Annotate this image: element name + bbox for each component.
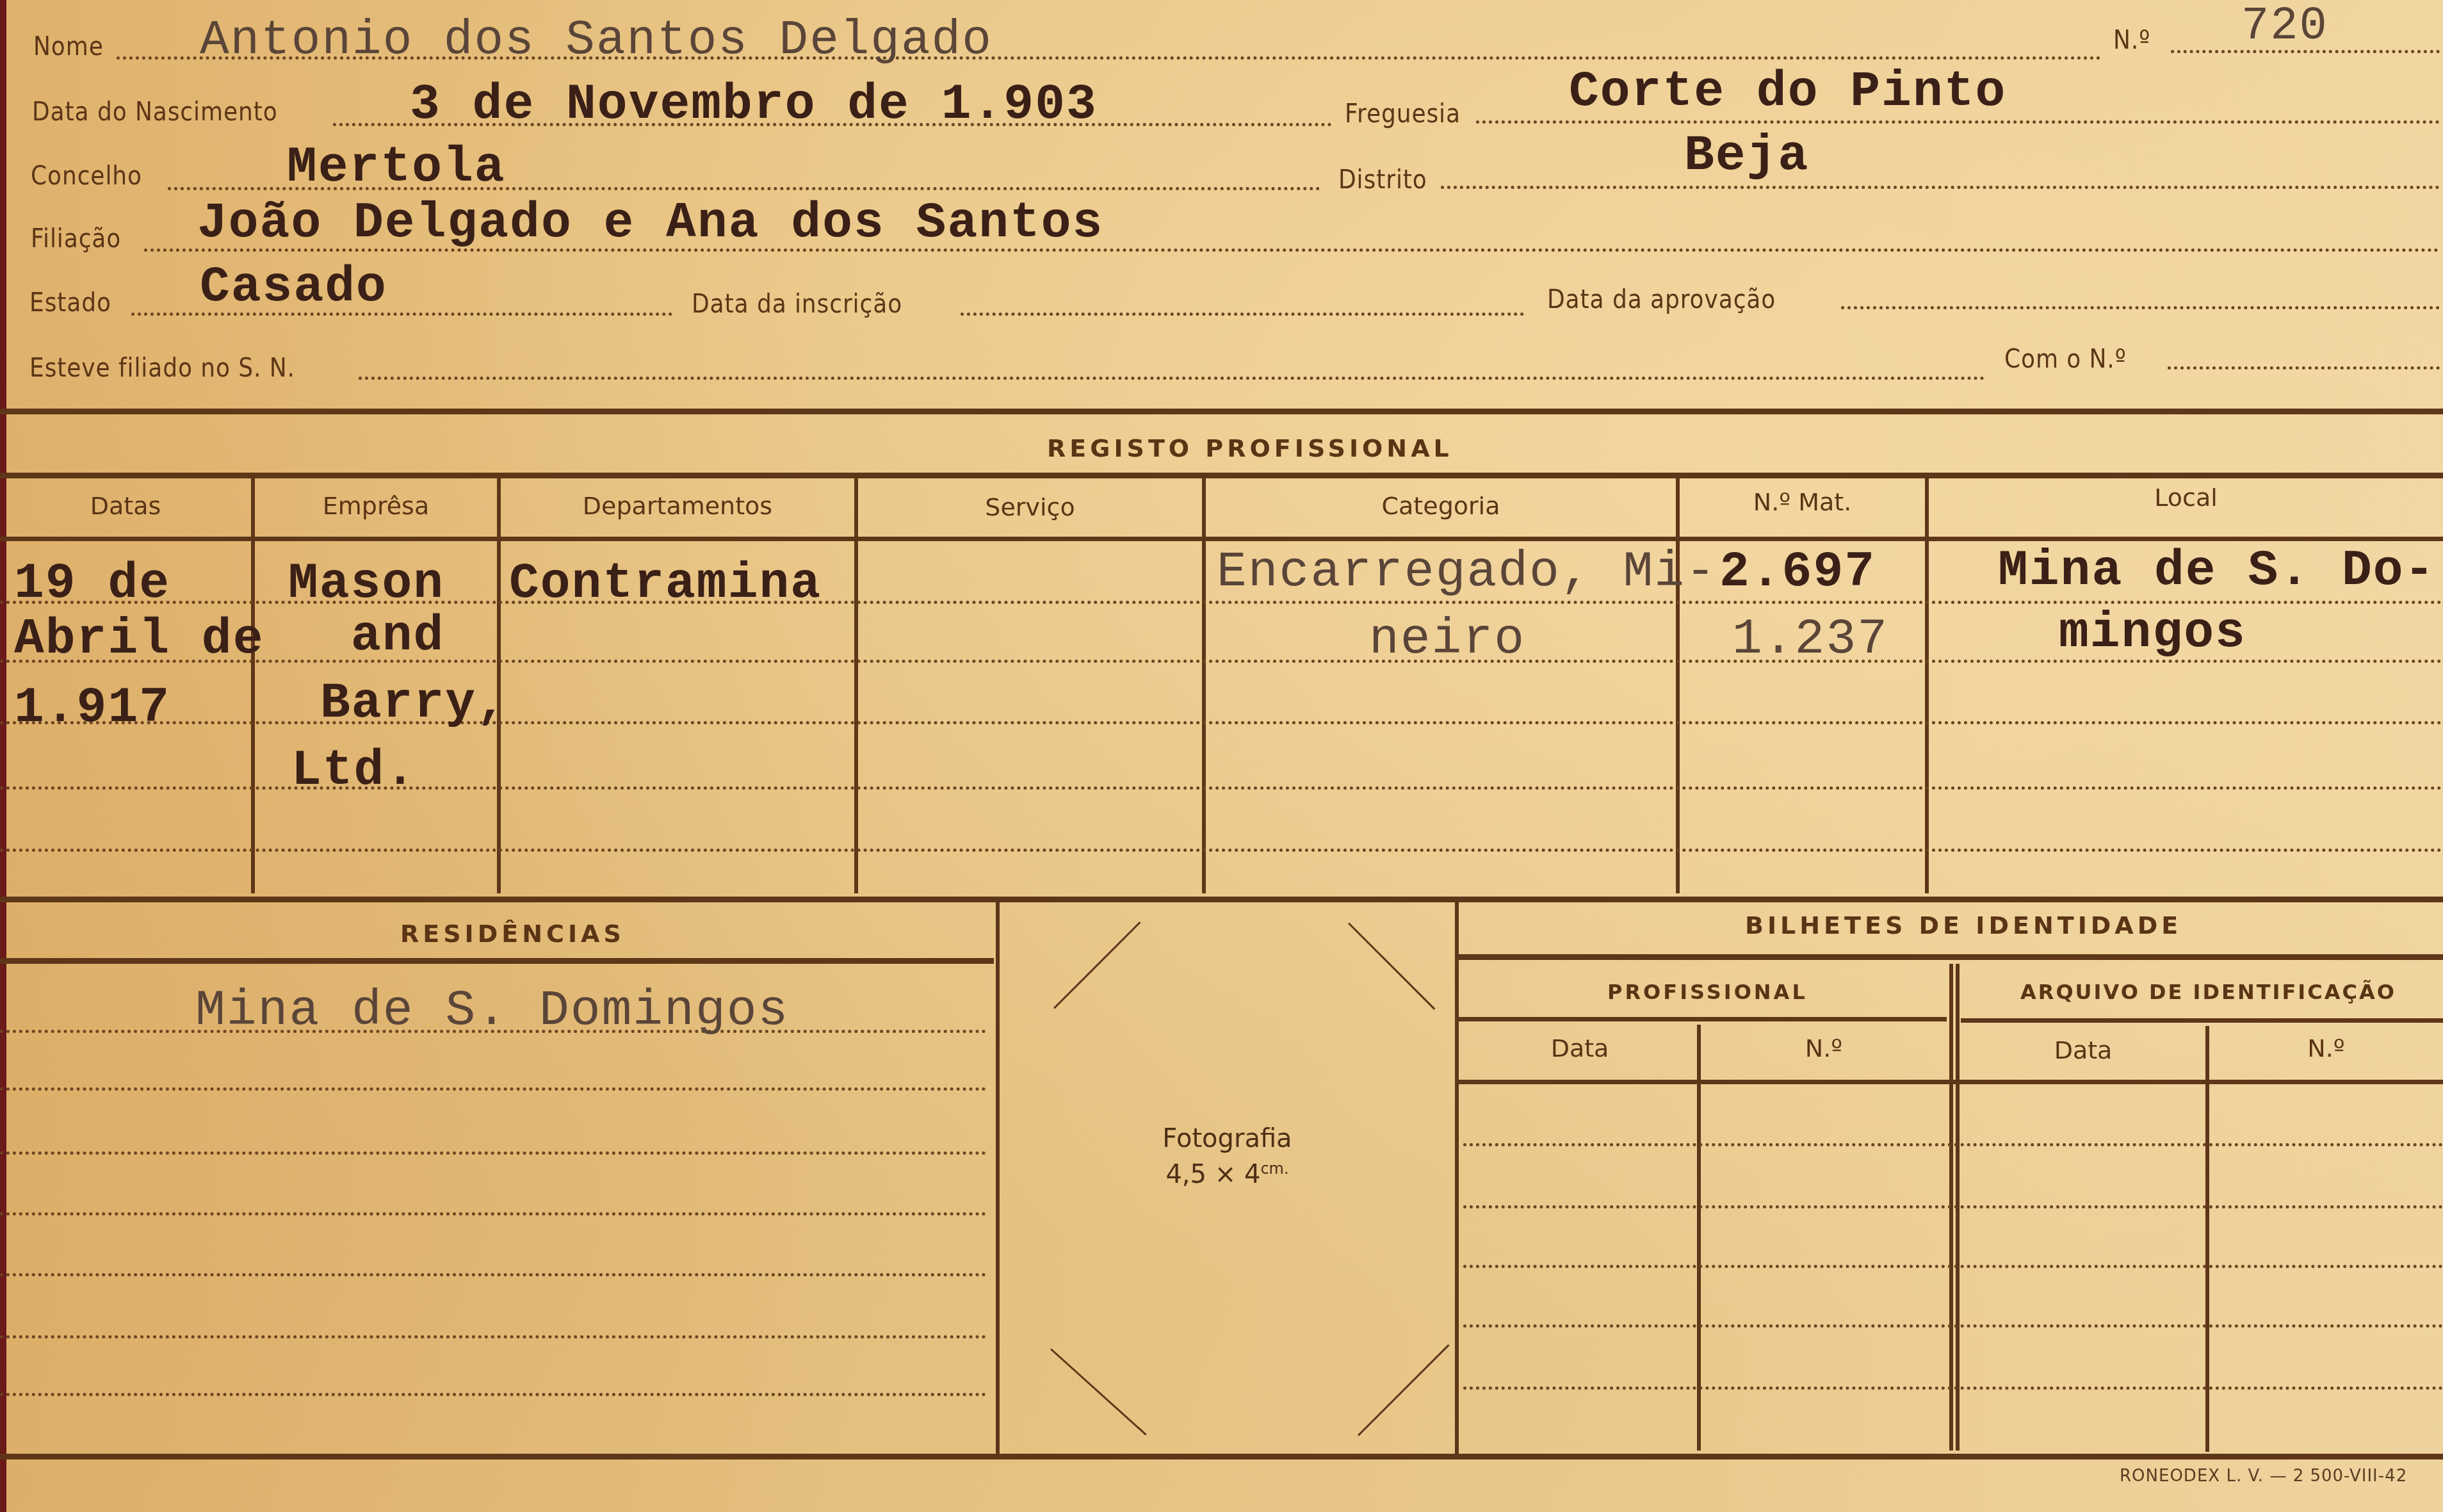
data-inscricao-label: Data da inscrição [692, 289, 902, 319]
filiacao-label: Filiação [31, 224, 121, 254]
profissional-col-numero: N.º [1701, 1034, 1947, 1062]
nome-label: Nome [33, 32, 104, 61]
col-header-n-mat: N.º Mat. [1680, 488, 1925, 516]
divider-bottom [0, 1454, 2443, 1459]
divider-registo [0, 473, 2443, 478]
cell-n-mat[interactable]: 2.697 [1719, 544, 1876, 601]
arquivo-col-data: Data [1961, 1036, 2205, 1064]
concelho-label: Concelho [31, 161, 142, 191]
data-nascimento-value[interactable]: 3 de Novembro de 1.903 [410, 77, 1098, 133]
bilhete-row-line [1463, 1265, 2443, 1268]
cell-n-mat[interactable]: 1.237 [1732, 612, 1888, 668]
photo-corner-mark [1053, 922, 1140, 1009]
cell-local[interactable]: Mina de S. Do- [1998, 543, 2435, 599]
photo-label-text: Fotografia [1000, 1124, 1455, 1153]
data-nascimento-label: Data do Nascimento [32, 97, 278, 127]
esteve-filiado-label: Esteve filiado no S. N. [29, 354, 295, 383]
nome-value[interactable]: Antonio dos Santos Delgado [200, 13, 993, 68]
residencia-line [0, 1393, 986, 1396]
concelho-value[interactable]: Mertola [287, 140, 506, 196]
arquivo-title: ARQUIVO DE IDENTIFICAÇÃO [2020, 980, 2396, 1004]
divider-arquivo [1961, 1018, 2443, 1023]
residencia-line [0, 1151, 986, 1155]
photo-size: 4,5 × 4cm. [1000, 1160, 1455, 1189]
numero-value[interactable]: 720 [2241, 0, 2328, 53]
cell-empresa[interactable]: and [351, 608, 444, 665]
bilhetes-identidade-title: BILHETES DE IDENTIDADE [1745, 911, 2182, 939]
esteve-filiado-line [359, 377, 1985, 380]
residencia-line [0, 1212, 986, 1215]
freguesia-line [1476, 120, 2440, 124]
cell-local[interactable]: mingos [2059, 605, 2246, 662]
col-header-empresa: Emprêsa [255, 492, 497, 520]
bilhete-row-line [1463, 1386, 2443, 1390]
index-card: Nome Antonio dos Santos Delgado N.º 720 … [0, 0, 2443, 1512]
registo-profissional-title: REGISTO PROFISSIONAL [1047, 434, 1453, 462]
data-aprovacao-line [1841, 306, 2440, 309]
photo-corner-mark [1050, 1348, 1147, 1435]
card-edge [0, 0, 6, 1512]
photo-size-unit: cm. [1260, 1160, 1288, 1178]
distrito-line [1441, 186, 2440, 189]
freguesia-label: Freguesia [1345, 99, 1461, 129]
divider-residencias [0, 958, 994, 964]
photo-size-value: 4,5 × 4 [1165, 1160, 1260, 1189]
cell-datas[interactable]: Abril de [14, 612, 264, 668]
divider-bilhetes [1459, 954, 2443, 960]
residencia-line [0, 1087, 986, 1091]
data-inscricao-line [961, 313, 1524, 316]
col-header-categoria: Categoria [1206, 492, 1676, 520]
divider-profissional [1459, 1017, 1947, 1021]
col-header-servico: Serviço [858, 493, 1202, 521]
divider-bilhetes-cols [1459, 1080, 2443, 1084]
cell-empresa[interactable]: Barry, [320, 676, 508, 732]
col-header-local: Local [1929, 484, 2443, 512]
com-o-no-label: Com o N.º [2004, 345, 2127, 374]
cell-empresa[interactable]: Ltd. [291, 743, 416, 799]
bilhete-row-line [1463, 1143, 2443, 1146]
estado-label: Estado [29, 288, 111, 318]
freguesia-value[interactable]: Corte do Pinto [1569, 64, 2006, 120]
divider-col-headers [0, 537, 2443, 541]
arquivo-col-numero: N.º [2209, 1034, 2443, 1062]
data-aprovacao-label: Data da aprovação [1547, 285, 1776, 314]
numero-label: N.º [2113, 26, 2150, 55]
cell-empresa[interactable]: Mason [288, 556, 444, 612]
bilhete-row-line [1463, 1324, 2443, 1328]
com-o-no-line [2168, 366, 2440, 370]
bilhete-row-line [1463, 1205, 2443, 1208]
cell-categoria[interactable]: Encarregado, Mi- [1217, 544, 1717, 601]
distrito-label: Distrito [1338, 165, 1427, 195]
cell-departamentos[interactable]: Contramina [509, 556, 822, 612]
printer-imprint: RONEODEX L. V. — 2 500-VIII-42 [2120, 1467, 2407, 1486]
cell-datas[interactable]: 1.917 [14, 680, 170, 736]
profissional-title: PROFISSIONAL [1607, 980, 1808, 1004]
cell-categoria[interactable]: neiro [1369, 612, 1525, 668]
profissional-col-data: Data [1463, 1034, 1697, 1062]
cell-datas[interactable]: 19 de [14, 556, 170, 612]
residencia-value[interactable]: Mina de S. Domingos [195, 983, 789, 1039]
residencia-line [0, 1335, 986, 1338]
photo-label: Fotografia 4,5 × 4cm. [1000, 1124, 1455, 1189]
photo-placeholder[interactable]: Fotografia 4,5 × 4cm. [1000, 900, 1455, 1454]
divider-top [0, 409, 2443, 414]
photo-corner-mark [1348, 922, 1435, 1009]
table-row-line [0, 849, 2443, 852]
photo-border-right [1455, 900, 1459, 1454]
estado-value[interactable]: Casado [200, 259, 387, 316]
filiacao-value[interactable]: João Delgado e Ana dos Santos [197, 195, 1103, 252]
col-header-departamentos: Departamentos [501, 492, 854, 520]
col-header-datas: Datas [0, 492, 251, 520]
photo-corner-mark [1358, 1344, 1450, 1436]
residencias-title: RESIDÊNCIAS [400, 920, 625, 948]
residencia-line [0, 1273, 986, 1276]
distrito-value[interactable]: Beja [1684, 128, 1809, 184]
